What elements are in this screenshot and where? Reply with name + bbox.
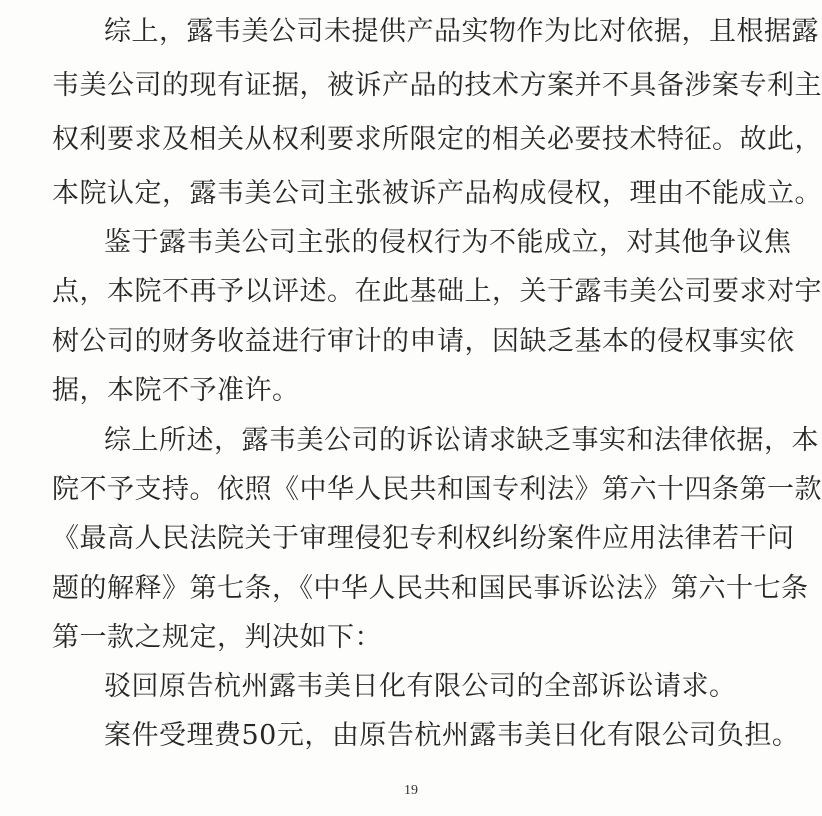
text-line: 据，本院不予准许。 bbox=[52, 371, 772, 411]
text-line: 《最高人民法院关于审理侵犯专利权纠纷案件应用法律若干问 bbox=[52, 519, 772, 559]
text-line: 第一款之规定，判决如下： bbox=[52, 618, 772, 658]
text-line: 驳回原告杭州露韦美日化有限公司的全部诉讼请求。 bbox=[104, 667, 772, 707]
text-line: 综上所述，露韦美公司的诉讼请求缺乏事实和法律依据，本 bbox=[104, 421, 772, 461]
text-line: 树公司的财务收益进行审计的申请，因缺乏基本的侵权事实依 bbox=[52, 322, 772, 362]
text-line: 本院认定，露韦美公司主张被诉产品构成侵权，理由不能成立。 bbox=[52, 174, 772, 214]
text-line: 韦美公司的现有证据，被诉产品的技术方案并不具备涉案专利主 bbox=[52, 66, 772, 106]
text-line: 权利要求及相关从权利要求所限定的相关必要技术特征。故此， bbox=[52, 120, 772, 160]
text-line: 综上，露韦美公司未提供产品实物作为比对依据，且根据露 bbox=[104, 12, 772, 52]
document-page: 综上，露韦美公司未提供产品实物作为比对依据，且根据露 韦美公司的现有证据，被诉产… bbox=[0, 0, 822, 816]
text-line: 点，本院不再予以评述。在此基础上，关于露韦美公司要求对宇 bbox=[52, 272, 772, 312]
page-number: 19 bbox=[0, 783, 822, 799]
text-line: 案件受理费50元，由原告杭州露韦美日化有限公司负担。 bbox=[104, 716, 772, 756]
text-line: 鉴于露韦美公司主张的侵权行为不能成立，对其他争议焦 bbox=[104, 223, 772, 263]
text-line: 题的解释》第七条，《中华人民共和国民事诉讼法》第六十七条 bbox=[52, 569, 772, 609]
text-line: 院不予支持。依照《中华人民共和国专利法》第六十四条第一款， bbox=[52, 470, 772, 510]
